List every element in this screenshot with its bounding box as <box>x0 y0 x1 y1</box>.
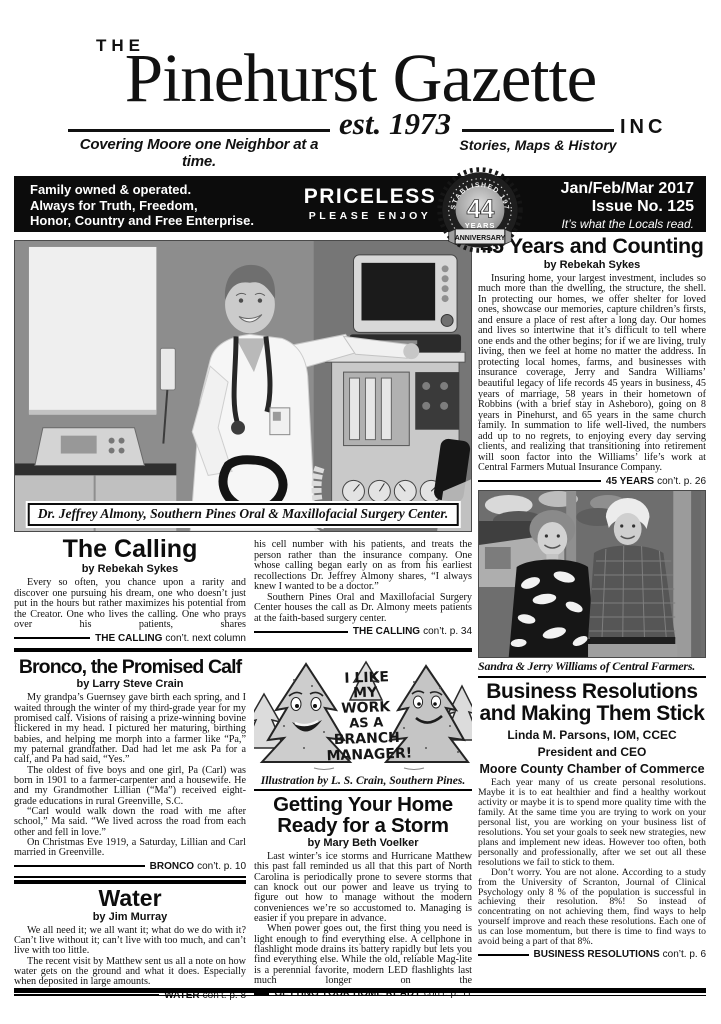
article-byline: by Rebekah Sykes <box>14 563 246 575</box>
bottom-rule-thin <box>14 995 706 996</box>
speech-line: AS A <box>349 715 384 731</box>
article-paragraph: Each year many of us create personal res… <box>478 778 706 868</box>
article-paragraph: Don’t worry. You are not alone. Accordin… <box>478 868 706 948</box>
page-bottom-rule <box>14 988 706 996</box>
article-paragraph: On Christmas Eve 1919, a Saturday, Lilli… <box>14 838 246 859</box>
calling-column-1: The Calling by Rebekah Sykes Every so of… <box>14 537 246 644</box>
article-title-line: Getting Your Home <box>254 794 472 815</box>
badge-number: 44 <box>467 195 495 223</box>
article-business-resolutions: Business Resolutions and Making Them Sti… <box>478 681 706 960</box>
author-name: Linda M. Parsons, IOM, CCEC <box>478 728 706 742</box>
article-storm: Getting Your Home Ready for a Storm by M… <box>254 794 472 1000</box>
content-area: Dr. Jeffrey Almony, Southern Pines Oral … <box>14 234 706 1001</box>
continuation-line: THE CALLING con’t. next column <box>14 633 246 644</box>
article-paragraph: Every so often, you chance upon a rarity… <box>14 578 246 631</box>
author-organization: Moore County Chamber of Commerce <box>478 762 706 776</box>
article-title: Water <box>14 887 246 910</box>
banner-slogan-line: Family owned & operated. <box>30 182 254 198</box>
issue-banner: Family owned & operated. Always for Trut… <box>14 176 706 232</box>
article-title-line: and Making Them Stick <box>478 703 706 725</box>
continuation-line: THE CALLING con’t. p. 34 <box>254 626 472 637</box>
continuation-rest: con’t. p. 34 <box>423 626 472 637</box>
article-title: Bronco, the Promised Calf <box>14 658 246 678</box>
article-title: The Calling <box>14 537 246 562</box>
column-bronco-water: Bronco, the Promised Calf by Larry Steve… <box>14 656 246 1001</box>
article-byline: by Rebekah Sykes <box>478 259 706 271</box>
article-paragraph: My grandpa’s Guernsey gave birth each sp… <box>14 693 246 765</box>
continuation-rest: con’t. p. 6 <box>663 949 706 960</box>
article-title-line: Ready for a Storm <box>254 815 472 836</box>
article-body: Insuring home, your largest investment, … <box>478 274 706 474</box>
right-zone: 45 Years and Counting by Rebekah Sykes I… <box>478 234 706 1001</box>
author-role: President and CEO <box>478 745 706 759</box>
section-divider <box>14 648 472 652</box>
badge-ribbon-text: ANNIVERSARY <box>455 235 506 242</box>
article-paragraph: Southern Pines Oral and Maxillofacial Su… <box>254 593 472 625</box>
article-bronco: Bronco, the Promised Calf by Larry Steve… <box>14 658 246 872</box>
continuation-line: BUSINESS RESOLUTIONS con’t. p. 6 <box>478 949 706 960</box>
almony-photo-caption: Dr. Jeffrey Almony, Southern Pines Oral … <box>28 503 459 526</box>
masthead-rule-right <box>462 129 614 132</box>
article-body: Last winter’s ice storms and Hurricane M… <box>254 852 472 986</box>
continuation-label: THE CALLING <box>353 626 420 637</box>
almony-photo: Dr. Jeffrey Almony, Southern Pines Oral … <box>14 240 472 532</box>
issue-date: Jan/Feb/Mar 2017 <box>561 180 694 198</box>
right-column <box>673 491 701 657</box>
article-the-calling: The Calling by Rebekah Sykes Every so of… <box>14 537 472 644</box>
article-paragraph: Insuring home, your largest investment, … <box>478 274 706 474</box>
masthead-established: est. 1973 <box>330 106 460 142</box>
branch-manager-cartoon: I LIKE MY WORK AS A BRANCH MANAGER! <box>254 656 472 774</box>
article-body: My grandpa’s Guernsey gave birth each sp… <box>14 693 246 859</box>
article-paragraph: “Carl would walk down the road with me a… <box>14 807 246 838</box>
section-divider <box>14 876 246 884</box>
speech-line: MANAGER! <box>326 745 412 764</box>
newspaper-page: THE Pinehurst Gazette est. 1973 INC Cove… <box>0 0 721 1024</box>
section-divider <box>254 789 472 791</box>
williams-photo-image <box>479 491 705 657</box>
tagline-left: Covering Moore one Neighbor at a time. <box>62 136 336 170</box>
article-body: his cell number with his patients, and t… <box>254 540 472 624</box>
anniversary-badge-icon: ESTABLISHED 1973 44 YEARS ANNIVERSARY <box>434 164 526 256</box>
article-paragraph: When power goes out, the first thing you… <box>254 924 472 986</box>
speech-line: WORK <box>341 699 392 717</box>
article-byline: by Mary Beth Voelker <box>254 837 472 849</box>
banner-slogan-line: Honor, Country and Free Enterprise. <box>30 213 254 229</box>
article-paragraph: The recent visit by Matthew sent us all … <box>14 957 246 988</box>
article-paragraph: The oldest of five boys and one girl, Pa… <box>14 766 246 807</box>
article-paragraph: his cell number with his patients, and t… <box>254 540 472 593</box>
page-title: Pinehurst Gazette <box>0 44 721 113</box>
issue-number: Issue No. 125 <box>561 198 694 216</box>
tagline-right: Stories, Maps & History <box>458 137 618 153</box>
continuation-line: 45 YEARS con’t. p. 26 <box>478 476 706 487</box>
banner-slogan: Family owned & operated. Always for Trut… <box>30 182 254 229</box>
bottom-rule-thick <box>14 988 706 993</box>
continuation-label: 45 YEARS <box>606 476 654 487</box>
continuation-rest: con’t. p. 10 <box>197 861 246 872</box>
anniversary-badge: ESTABLISHED 1973 44 YEARS ANNIVERSARY <box>434 164 526 256</box>
issue-info: Jan/Feb/Mar 2017 Issue No. 125 It’s what… <box>561 180 694 231</box>
masthead-rule-left <box>68 129 330 132</box>
masthead: THE Pinehurst Gazette est. 1973 INC Cove… <box>0 0 721 172</box>
issue-motto: It’s what the Locals read. <box>561 217 694 231</box>
article-body: Each year many of us create personal res… <box>478 778 706 947</box>
williams-photo-caption: Sandra & Jerry Williams of Central Farme… <box>478 658 706 678</box>
williams-photo <box>478 490 706 658</box>
article-byline: by Larry Steve Crain <box>14 678 246 690</box>
cartoon-credit: Illustration by L. S. Crain, Southern Pi… <box>254 775 472 787</box>
almony-photo-image <box>15 241 471 531</box>
continuation-rest: con’t. next column <box>165 633 246 644</box>
continuation-rule <box>254 631 348 633</box>
masthead-inc: INC <box>620 116 666 139</box>
article-title-line: Business Resolutions <box>478 681 706 703</box>
column-cartoon-storm: I LIKE MY WORK AS A BRANCH MANAGER! Illu… <box>254 656 472 1001</box>
article-body: We all need it; we all want it; what do … <box>14 926 246 988</box>
lower-columns: Bronco, the Promised Calf by Larry Steve… <box>14 656 472 1001</box>
article-45-years: 45 Years and Counting by Rebekah Sykes I… <box>478 235 706 487</box>
continuation-label: THE CALLING <box>95 633 162 644</box>
continuation-rule <box>478 480 601 482</box>
left-zone: Dr. Jeffrey Almony, Southern Pines Oral … <box>14 234 472 1001</box>
continuation-line: BRONCO con’t. p. 10 <box>14 861 246 872</box>
cartoon-illustration: I LIKE MY WORK AS A BRANCH MANAGER! <box>254 656 472 774</box>
continuation-rule <box>14 865 145 867</box>
article-byline: by Jim Murray <box>14 911 246 923</box>
continuation-label: BUSINESS RESOLUTIONS <box>534 949 660 960</box>
banner-slogan-line: Always for Truth, Freedom, <box>30 198 254 214</box>
article-paragraph: Last winter’s ice storms and Hurricane M… <box>254 852 472 924</box>
article-water: Water by Jim Murray We all need it; we a… <box>14 887 246 1001</box>
article-paragraph: We all need it; we all want it; what do … <box>14 926 246 957</box>
wall-cabinet <box>29 247 156 415</box>
continuation-rule <box>14 637 90 639</box>
article-body: Every so often, you chance upon a rarity… <box>14 578 246 631</box>
continuation-rule <box>478 954 529 956</box>
continuation-label: BRONCO <box>150 861 194 872</box>
continuation-rest: con’t. p. 26 <box>657 476 706 487</box>
calling-column-2: his cell number with his patients, and t… <box>254 537 472 644</box>
